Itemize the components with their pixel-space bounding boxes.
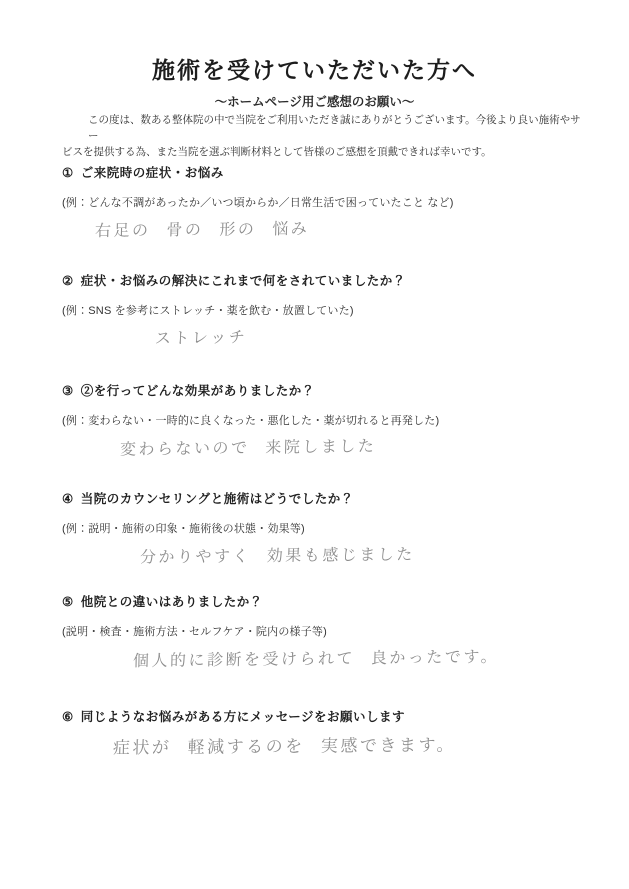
question-label-3: ②を行ってどんな効果がありましたか？ xyxy=(81,384,315,398)
question-block-3: ③②を行ってどんな効果がありましたか？ (例：変わらない・一時的に良くなった・悪… xyxy=(62,381,599,458)
handwritten-answer-4: 分かりやすく 効果も感じました xyxy=(140,542,416,568)
question-label-6: 同じようなお悩みがある方にメッセージをお願いします xyxy=(81,710,405,724)
handwritten-answer-2: ストレッチ xyxy=(155,324,248,349)
question-label-5: 他院との違いはありましたか？ xyxy=(81,595,263,609)
question-block-1: ①ご来院時の症状・お悩み (例：どんな不調があったか／いつ頃からか／日常生活で困… xyxy=(62,163,599,240)
question-block-2: ②症状・お悩みの解決にこれまで何をされていましたか？ (例：SNS を参考にスト… xyxy=(62,271,599,348)
intro-paragraph: この度は、数ある整体院の中で当院をご利用いただき誠にありがとうございます。今後よ… xyxy=(62,112,582,160)
question-number-3: ③ xyxy=(62,384,74,398)
question-example-1: (例：どんな不調があったか／いつ頃からか／日常生活で困っていたこと など) xyxy=(62,194,599,210)
page-subtitle: ～ホームページ用ご感想のお願い～ xyxy=(0,92,629,110)
question-heading-6: ⑥同じようなお悩みがある方にメッセージをお願いします xyxy=(62,707,599,725)
question-block-4: ④当院のカウンセリングと施術はどうでしたか？ (例：説明・施術の印象・施術後の状… xyxy=(62,489,599,566)
intro-line-1: この度は、数ある整体院の中で当院をご利用いただき誠にありがとうございます。今後よ… xyxy=(62,112,582,144)
question-label-2: 症状・お悩みの解決にこれまで何をされていましたか？ xyxy=(81,274,406,288)
question-label-1: ご来院時の症状・お悩み xyxy=(81,166,224,180)
question-example-4: (例：説明・施術の印象・施術後の状態・効果等) xyxy=(62,520,599,536)
handwritten-answer-5: 個人的に診断を受けられて 良かったです。 xyxy=(133,644,500,671)
question-heading-5: ⑤他院との違いはありましたか？ xyxy=(62,592,599,610)
question-block-6: ⑥同じようなお悩みがある方にメッセージをお願いします 症状が 軽減するのを 実感… xyxy=(62,707,599,757)
question-number-2: ② xyxy=(62,274,74,288)
handwritten-answer-6: 症状が 軽減するのを 実感できます。 xyxy=(113,730,457,758)
handwritten-answer-3: 変わらないので 来院しました xyxy=(120,433,377,460)
question-heading-4: ④当院のカウンセリングと施術はどうでしたか？ xyxy=(62,489,599,507)
question-heading-2: ②症状・お悩みの解決にこれまで何をされていましたか？ xyxy=(62,271,599,289)
question-heading-3: ③②を行ってどんな効果がありましたか？ xyxy=(62,381,599,399)
question-number-4: ④ xyxy=(62,492,74,506)
question-block-5: ⑤他院との違いはありましたか？ (説明・検査・施術方法・セルフケア・院内の様子等… xyxy=(62,592,599,669)
scanned-form-page: 施術を受けていただいた方へ ～ホームページ用ご感想のお願い～ この度は、数ある整… xyxy=(0,0,629,889)
question-number-5: ⑤ xyxy=(62,595,74,609)
question-number-1: ① xyxy=(62,166,74,180)
question-number-6: ⑥ xyxy=(62,710,74,724)
question-label-4: 当院のカウンセリングと施術はどうでしたか？ xyxy=(81,492,354,506)
question-heading-1: ①ご来院時の症状・お悩み xyxy=(62,163,599,181)
question-example-2: (例：SNS を参考にストレッチ・薬を飲む・放置していた) xyxy=(62,302,599,318)
question-example-3: (例：変わらない・一時的に良くなった・悪化した・薬が切れると再発した) xyxy=(62,412,599,428)
question-example-5: (説明・検査・施術方法・セルフケア・院内の様子等) xyxy=(62,623,599,639)
intro-line-2: ビスを提供する為、また当院を選ぶ判断材料として皆様のご感想を頂戴できれば幸いです… xyxy=(62,144,582,160)
page-title: 施術を受けていただいた方へ xyxy=(0,52,629,85)
handwritten-answer-1: 右足の 骨の 形の 悩み xyxy=(95,216,310,241)
